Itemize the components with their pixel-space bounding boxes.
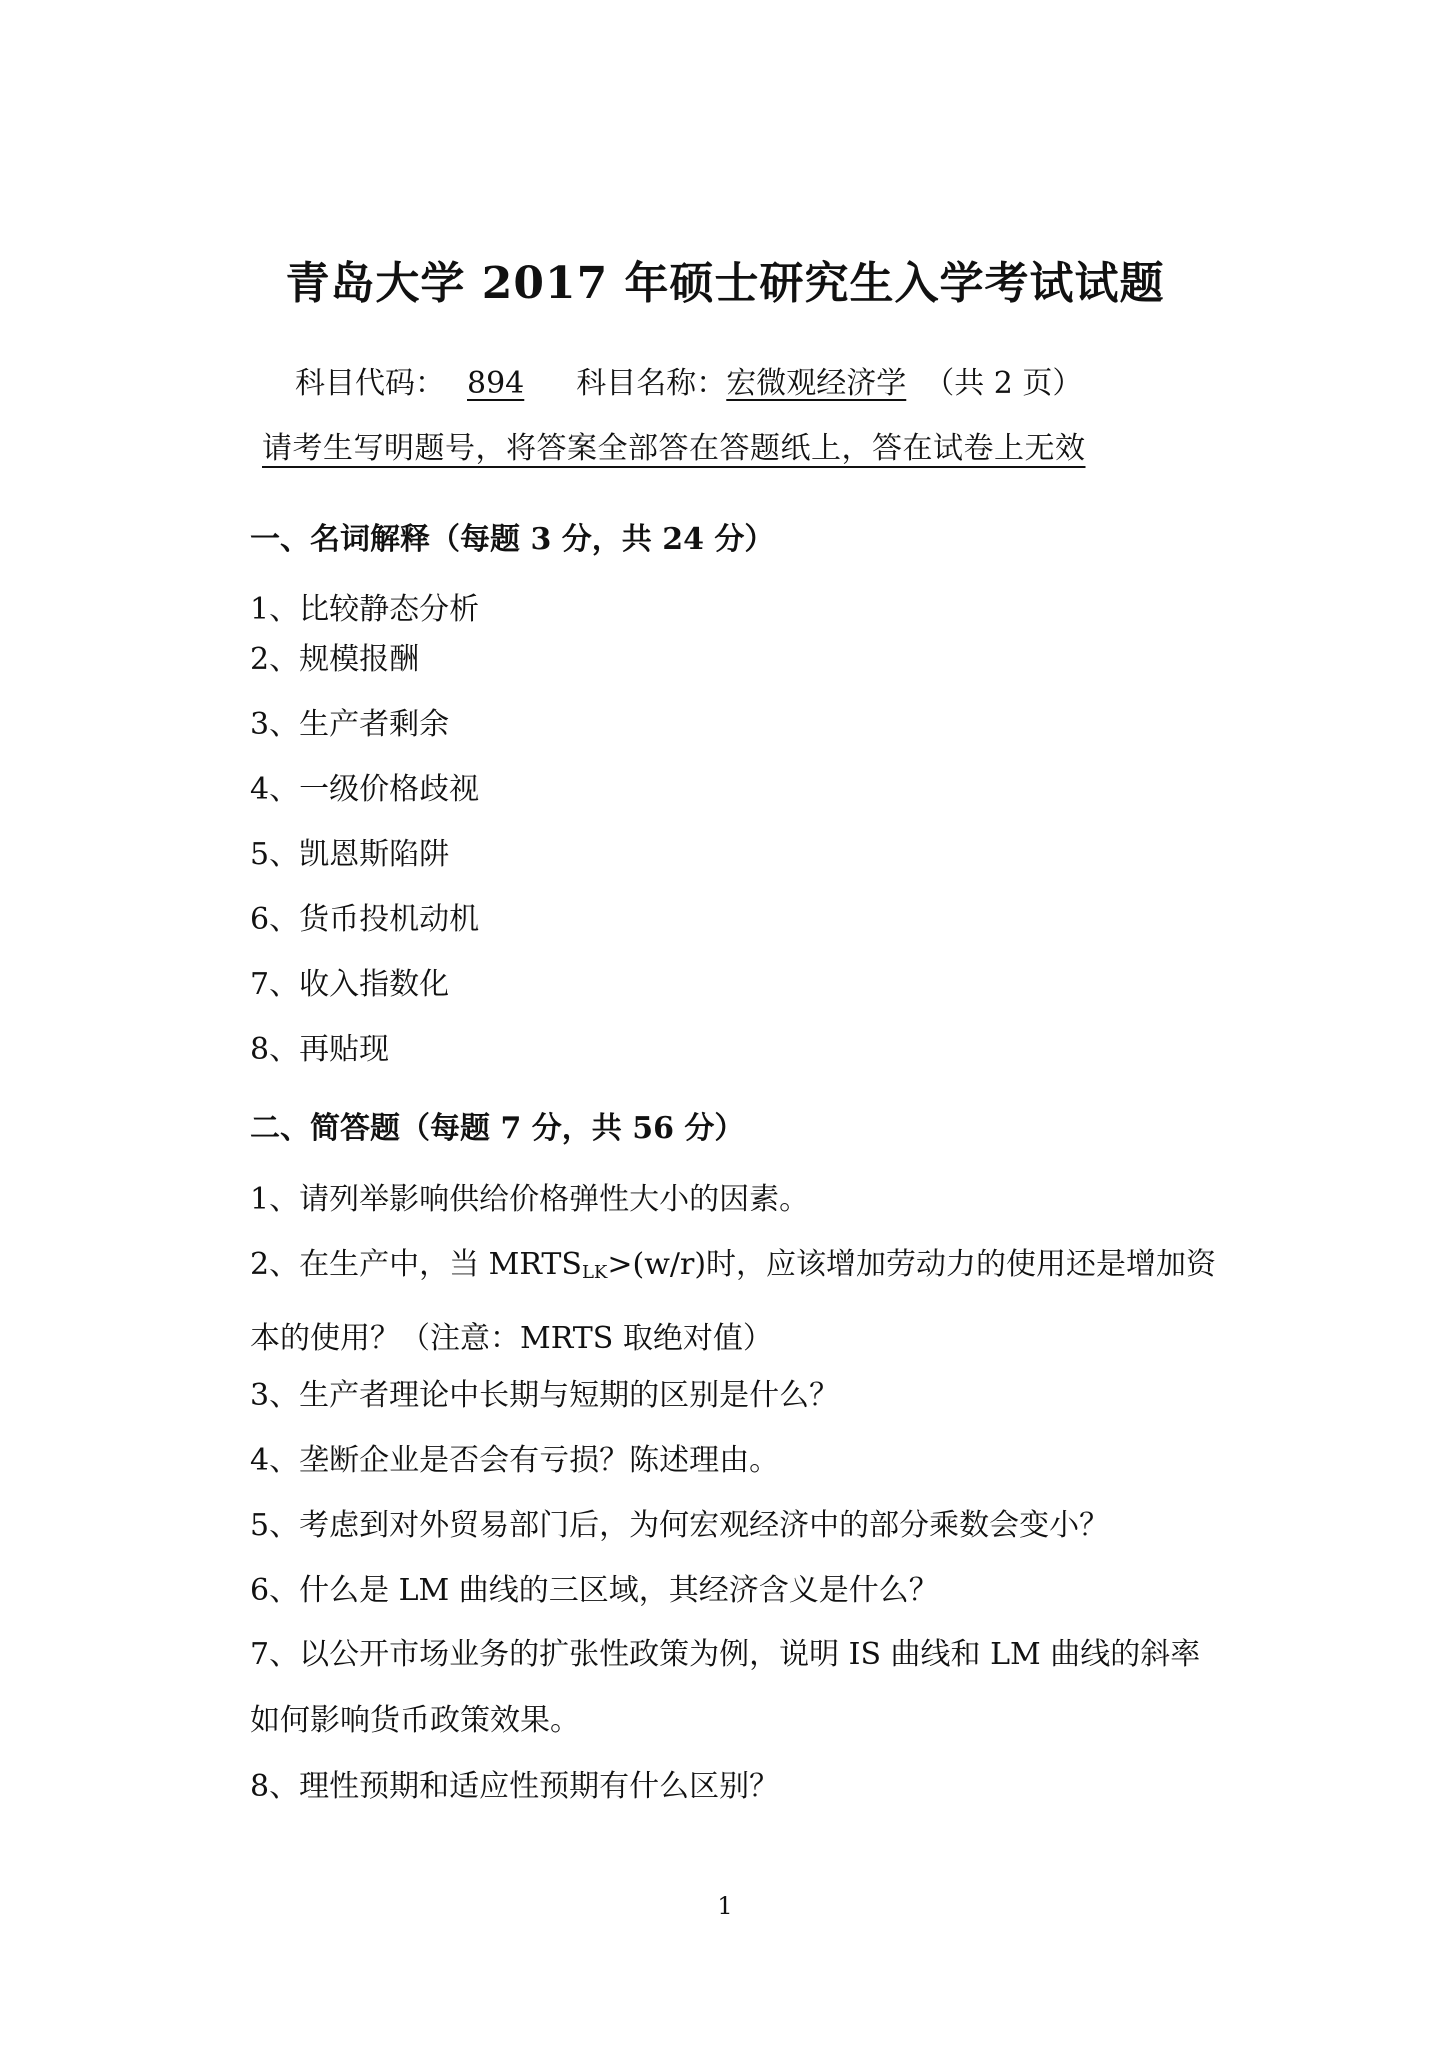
question-item: 4、垄断企业是否会有亏损？陈述理由。 xyxy=(250,1439,779,1483)
question-item: 2、在生产中，当 MRTSLK>(w/r)时，应该增加劳动力的使用还是增加资本的… xyxy=(250,1232,1220,1372)
subject-code-label: 科目代码： xyxy=(295,366,445,401)
question-item: 6、什么是 LM 曲线的三区域，其经济含义是什么？ xyxy=(250,1569,939,1613)
question-item: 5、考虑到对外贸易部门后，为何宏观经济中的部分乘数会变小？ xyxy=(250,1504,1109,1548)
section-heading-terms: 一、名词解释（每题 3 分，共 24 分） xyxy=(250,518,774,562)
exam-instruction: 请考生写明题号，将答案全部答在答题纸上，答在试卷上无效 xyxy=(262,427,1086,471)
term-item: 2、规模报酬 xyxy=(250,638,419,682)
question-item: 3、生产者理论中长期与短期的区别是什么？ xyxy=(250,1374,839,1418)
term-item: 1、比较静态分析 xyxy=(250,588,479,632)
term-item: 6、货币投机动机 xyxy=(250,898,479,942)
term-item: 5、凯恩斯陷阱 xyxy=(250,833,449,877)
term-item: 7、收入指数化 xyxy=(250,963,449,1007)
page-count-note: （共 2 页） xyxy=(924,366,1082,401)
subject-name-value: 宏微观经济学 xyxy=(726,366,906,401)
question-item: 7、以公开市场业务的扩张性政策为例，说明 IS 曲线和 LM 曲线的斜率如何影响… xyxy=(250,1622,1220,1754)
question-text: 2、在生产中，当 MRTS xyxy=(250,1247,582,1282)
subject-info: 科目代码：894科目名称：宏微观经济学（共 2 页） xyxy=(295,362,1082,406)
term-item: 3、生产者剩余 xyxy=(250,703,449,747)
exam-title: 青岛大学 2017 年硕士研究生入学考试试题 xyxy=(0,254,1450,314)
term-item: 4、一级价格歧视 xyxy=(250,768,479,812)
section-heading-short-answer: 二、简答题（每题 7 分，共 56 分） xyxy=(250,1107,744,1151)
subscript-lk: LK xyxy=(582,1262,607,1283)
subject-name-label: 科目名称： xyxy=(576,366,726,401)
subject-code-value: 894 xyxy=(445,362,546,406)
question-item: 8、理性预期和适应性预期有什么区别？ xyxy=(250,1765,779,1809)
page-number: 1 xyxy=(0,1890,1450,1922)
exam-page: 青岛大学 2017 年硕士研究生入学考试试题 科目代码：894科目名称：宏微观经… xyxy=(0,0,1450,2048)
term-item: 8、再贴现 xyxy=(250,1028,389,1072)
question-item: 1、请列举影响供给价格弹性大小的因素。 xyxy=(250,1178,809,1222)
